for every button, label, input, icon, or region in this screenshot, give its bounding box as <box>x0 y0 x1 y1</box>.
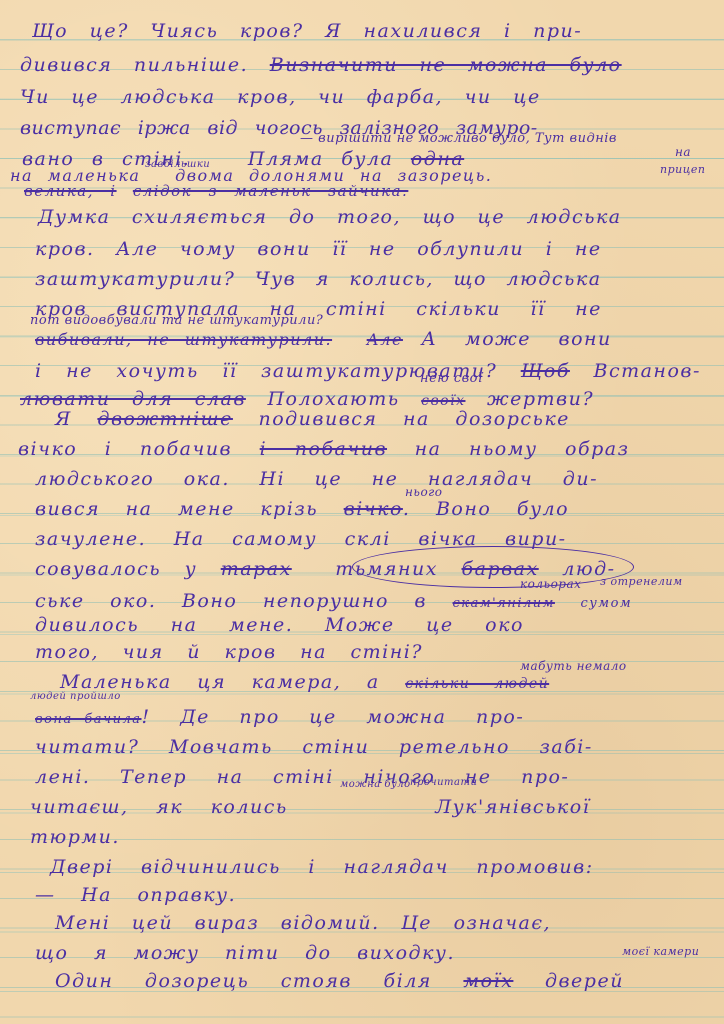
text-line: ське око. Воно непорушно в скам'янілим с… <box>35 592 632 611</box>
insertion-above: можна було <box>340 780 411 790</box>
struck-text: Щоб <box>521 360 570 382</box>
text-line: вона бачила! Де про це можна про- <box>35 708 524 727</box>
text-line: вічко і побачив і побачив на ньому образ <box>18 440 629 459</box>
insertion-above: нього <box>405 486 442 498</box>
struck-text: Визначити не можна було <box>270 54 622 76</box>
text-line: Чи це людська кров, чи фарба, чи це <box>20 88 541 107</box>
insertion-right: прицеп <box>660 164 705 175</box>
insertion-above: мабуть немало <box>520 660 627 672</box>
text-line: що я можу піти до виходку. <box>35 944 455 963</box>
text-line: Двері відчинились і наглядач промовив: <box>50 858 594 877</box>
struck-text: тарах <box>221 558 292 580</box>
insertion-above: з отренелим <box>600 576 683 587</box>
text-line: велика, і слідок з маленьк зайчика. <box>24 184 408 199</box>
struck-text: своїх <box>421 393 465 409</box>
text-line: Маленька ця камера, а скільки людей <box>60 673 549 692</box>
text-line: заштукатурили? Чув я колись, що людська <box>35 270 602 289</box>
struck-text: вона бачила <box>35 712 142 727</box>
text-line: Один дозорець стояв біля моїх дверей <box>55 972 624 991</box>
text-line: людського ока. Ні це не наглядач ди- <box>35 470 598 489</box>
text-line: кров. Але чому вони її не облупили і не <box>35 240 602 259</box>
text-line: Я двожтніше подивився на дозорське <box>55 410 570 429</box>
text-line: дивився пильніше. Визначити не можна бул… <box>20 56 622 75</box>
struck-text: і побачив <box>260 438 387 460</box>
handwritten-text: Що це? Чиясь кров? Я нахилився і при- ди… <box>0 0 724 1024</box>
text-line: — На оправку. <box>35 886 236 905</box>
struck-text: моїх <box>463 970 513 992</box>
insertion-above: пот видовбували та не штукатурили? <box>30 314 323 327</box>
insertion-above: прочитати <box>410 778 477 788</box>
insertion-above: нею свої <box>420 372 483 385</box>
text-line: читаєш, як колись Лук'янівської <box>30 798 590 817</box>
text-line: Що це? Чиясь кров? Я нахилився і при- <box>32 22 582 41</box>
circled-word: тьмяних <box>335 558 438 580</box>
text-line: лені. Тепер на стіні нічого не про- <box>35 768 569 787</box>
text-line: тюрми. <box>30 828 120 847</box>
text-line: вибивали, не штукатурили. Але А може вон… <box>35 330 612 349</box>
text-line: і не хочуть її заштукатурювати? Щоб Вста… <box>35 362 701 381</box>
text-line: Мені цей вираз відомий. Це означає, <box>55 914 551 933</box>
struck-text: лювати для слав <box>20 388 246 410</box>
text-line: дивилось на мене. Може це око <box>35 616 524 635</box>
text-line: вився на мене крізь вічко. Воно було <box>35 500 569 519</box>
struck-text: слідок з маленьк зайчика. <box>133 182 409 200</box>
struck-text: скільки людей <box>405 676 549 692</box>
insertion-above: моєї камери <box>622 946 699 957</box>
struck-text: вічко <box>344 498 403 520</box>
struck-text: велика, і <box>24 182 117 200</box>
text-line: читати? Мовчать стіни ретельно забі- <box>35 738 593 757</box>
insertion-above: людей пройшло <box>30 692 121 702</box>
struck-text: Але <box>367 330 403 349</box>
insertion-below: кольорах <box>520 578 581 590</box>
text-line: лювати для слав Полохають своїх жертви? <box>20 390 594 409</box>
struck-text: двожтніше <box>97 408 233 430</box>
text-line: того, чия й кров на стіні? <box>35 643 423 662</box>
insertion-right: на <box>675 146 691 158</box>
struck-text: скам'янілим <box>453 596 555 611</box>
struck-text: вибивали, не штукатурили. <box>35 330 332 349</box>
text-line: Думка схиляється до того, що це людська <box>38 208 622 227</box>
insertion-above: — вирішити не можливо було, Тут виднів <box>300 132 617 145</box>
